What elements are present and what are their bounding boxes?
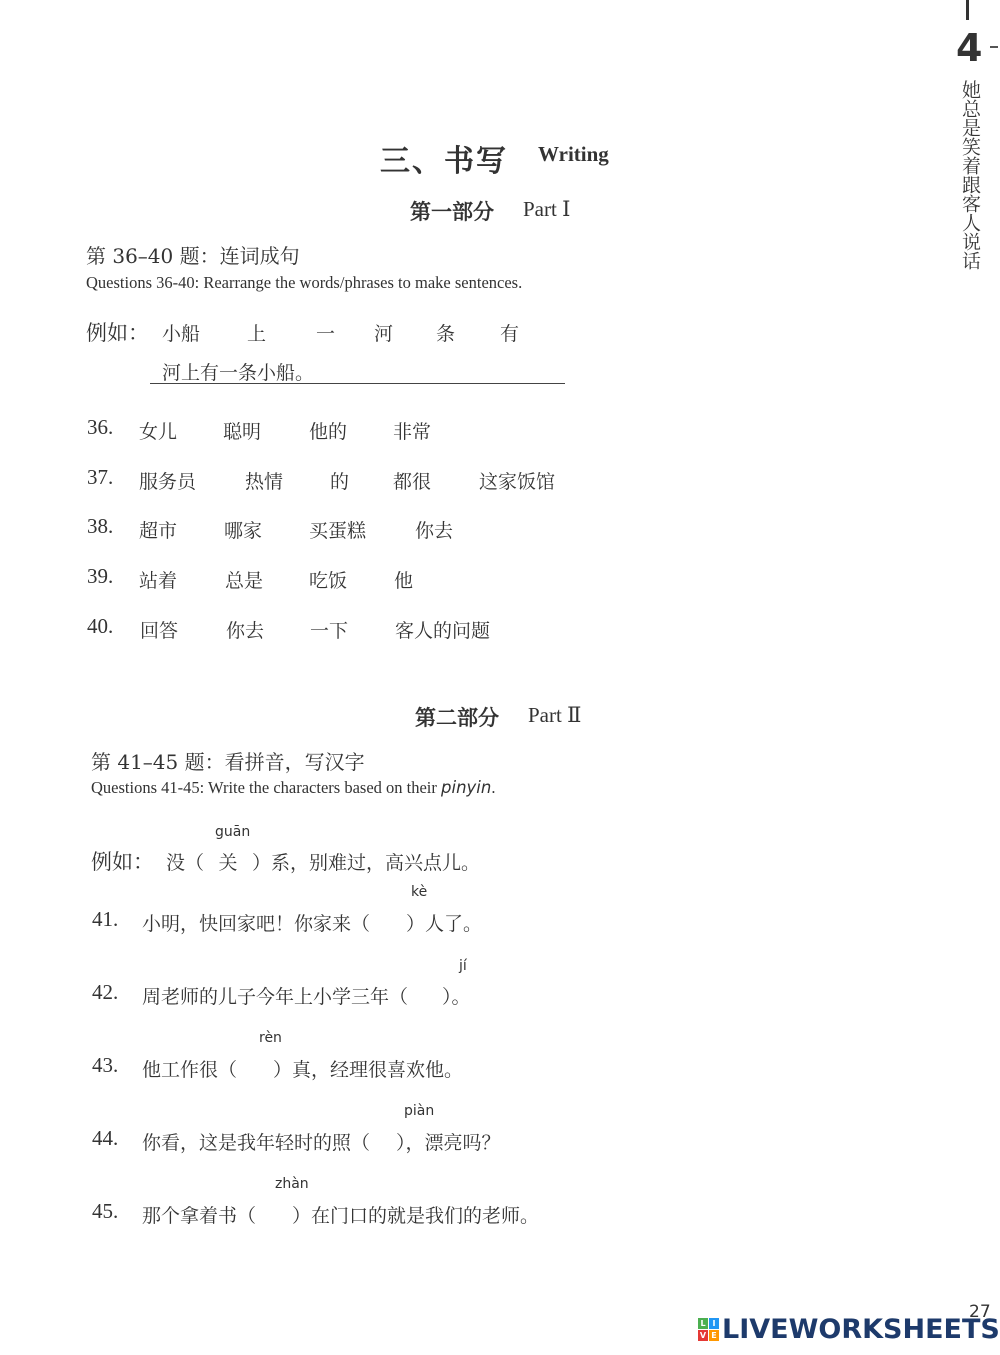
- part2-instruction-cn: 第 41–45 题：看拼音，写汉字: [91, 746, 365, 775]
- word-tile[interactable]: 买蛋糕: [309, 516, 366, 543]
- example-word: 一: [316, 319, 335, 346]
- sentence-after: ），漂亮吗？: [396, 1132, 501, 1154]
- question-number: 45.: [92, 1199, 118, 1224]
- word-tile[interactable]: 客人的问题: [395, 616, 490, 643]
- example-filled-answer: 关: [204, 848, 252, 875]
- example-word: 条: [436, 319, 455, 346]
- instruction-italic: pinyin: [441, 778, 491, 797]
- word-tile[interactable]: 一下: [310, 616, 348, 643]
- sentence-before: 小明，快回家吧！你家来（: [142, 913, 370, 935]
- logo-letter: L: [698, 1318, 708, 1329]
- sentence-before: 周老师的儿子今年上小学三年（: [142, 986, 408, 1008]
- word-tile[interactable]: 服务员: [139, 467, 196, 494]
- example-word: 有: [500, 319, 519, 346]
- word-tile[interactable]: 热情: [245, 467, 283, 494]
- word-tile[interactable]: 超市: [139, 516, 177, 543]
- question-sentence: 那个拿着书（）在门口的就是我们的老师。: [142, 1201, 539, 1228]
- logo-letter: V: [698, 1330, 708, 1341]
- example-answer-line: [150, 383, 565, 384]
- sentence-after: ）系，别难过，高兴点儿。: [252, 852, 480, 874]
- example-pinyin: guān: [215, 824, 250, 840]
- question-number: 37.: [87, 465, 113, 490]
- sentence-before: 他工作很（: [142, 1059, 237, 1081]
- brand-name[interactable]: LIVEWORKSHEETS: [722, 1314, 1000, 1345]
- word-tile[interactable]: 你去: [226, 616, 264, 643]
- part1-example-label: 例如：: [86, 317, 149, 347]
- question-sentence: 周老师的儿子今年上小学三年（）。: [142, 982, 471, 1009]
- question-number: 42.: [92, 980, 118, 1005]
- logo-letter: E: [709, 1330, 719, 1341]
- word-tile[interactable]: 聪明: [223, 417, 261, 444]
- word-tile[interactable]: 总是: [225, 566, 263, 593]
- question-number: 36.: [87, 415, 113, 440]
- pinyin-hint: rèn: [259, 1030, 282, 1046]
- side-tab-dash: [990, 46, 998, 48]
- example-sentence: 没（关）系，别难过，高兴点儿。: [166, 848, 480, 875]
- question-number: 38.: [87, 514, 113, 539]
- part2-heading-cn: 第二部分: [415, 702, 499, 732]
- example-answer: 河上有一条小船。: [162, 358, 314, 385]
- example-word: 河: [374, 319, 393, 346]
- word-tile[interactable]: 都很: [393, 467, 431, 494]
- sentence-after: ）。: [442, 986, 471, 1008]
- instruction-text: Questions 41-45: Write the characters ba…: [91, 778, 441, 797]
- part1-instruction-cn: 第 36–40 题：连词成句: [86, 240, 300, 269]
- word-tile[interactable]: 回答: [140, 616, 178, 643]
- part2-instruction-en: Questions 41-45: Write the characters ba…: [91, 778, 495, 798]
- word-tile[interactable]: 非常: [393, 417, 431, 444]
- question-number: 44.: [92, 1126, 118, 1151]
- sentence-after: ）人了。: [406, 913, 482, 935]
- lesson-number: 4: [956, 26, 982, 70]
- side-tab-divider: [966, 0, 969, 20]
- lesson-title: 她总是笑着跟客人说话: [958, 80, 980, 270]
- part1-heading-en: Part Ⅰ: [523, 197, 570, 222]
- example-word: 小船: [162, 319, 200, 346]
- sentence-after: ）真，经理很喜欢他。: [273, 1059, 463, 1081]
- word-tile[interactable]: 哪家: [224, 516, 262, 543]
- word-tile[interactable]: 这家饭馆: [479, 467, 555, 494]
- example-word: 上: [247, 319, 266, 346]
- word-tile[interactable]: 站着: [139, 566, 177, 593]
- pinyin-hint: jí: [459, 958, 467, 974]
- sentence-after: ）在门口的就是我们的老师。: [292, 1205, 539, 1227]
- word-tile[interactable]: 你去: [415, 516, 453, 543]
- instruction-suffix: .: [491, 778, 495, 797]
- section-title-cn: 三、书写: [380, 136, 508, 180]
- question-number: 40.: [87, 614, 113, 639]
- part2-heading-en: Part Ⅱ: [528, 703, 581, 728]
- section-title-en: Writing: [538, 142, 609, 167]
- pinyin-hint: zhàn: [275, 1176, 309, 1192]
- sentence-before: 你看，这是我年轻时的照（: [142, 1132, 370, 1154]
- pinyin-hint: piàn: [404, 1103, 434, 1119]
- word-tile[interactable]: 的: [330, 467, 349, 494]
- word-tile[interactable]: 他: [394, 566, 413, 593]
- part1-heading-cn: 第一部分: [410, 196, 494, 226]
- pinyin-hint: kè: [411, 884, 427, 900]
- sentence-before: 没（: [166, 852, 204, 874]
- question-number: 43.: [92, 1053, 118, 1078]
- sentence-before: 那个拿着书（: [142, 1205, 256, 1227]
- word-tile[interactable]: 吃饭: [309, 566, 347, 593]
- question-number: 39.: [87, 564, 113, 589]
- question-sentence: 你看，这是我年轻时的照（），漂亮吗？: [142, 1128, 501, 1155]
- part1-instruction-en: Questions 36-40: Rearrange the words/phr…: [86, 273, 522, 293]
- question-sentence: 他工作很（）真，经理很喜欢他。: [142, 1055, 463, 1082]
- question-number: 41.: [92, 907, 118, 932]
- part2-example-label: 例如：: [91, 846, 154, 876]
- word-tile[interactable]: 他的: [309, 417, 347, 444]
- liveworksheets-logo-icon: L I V E: [698, 1318, 720, 1342]
- logo-letter: I: [709, 1318, 719, 1329]
- question-sentence: 小明，快回家吧！你家来（）人了。: [142, 909, 482, 936]
- word-tile[interactable]: 女儿: [139, 417, 177, 444]
